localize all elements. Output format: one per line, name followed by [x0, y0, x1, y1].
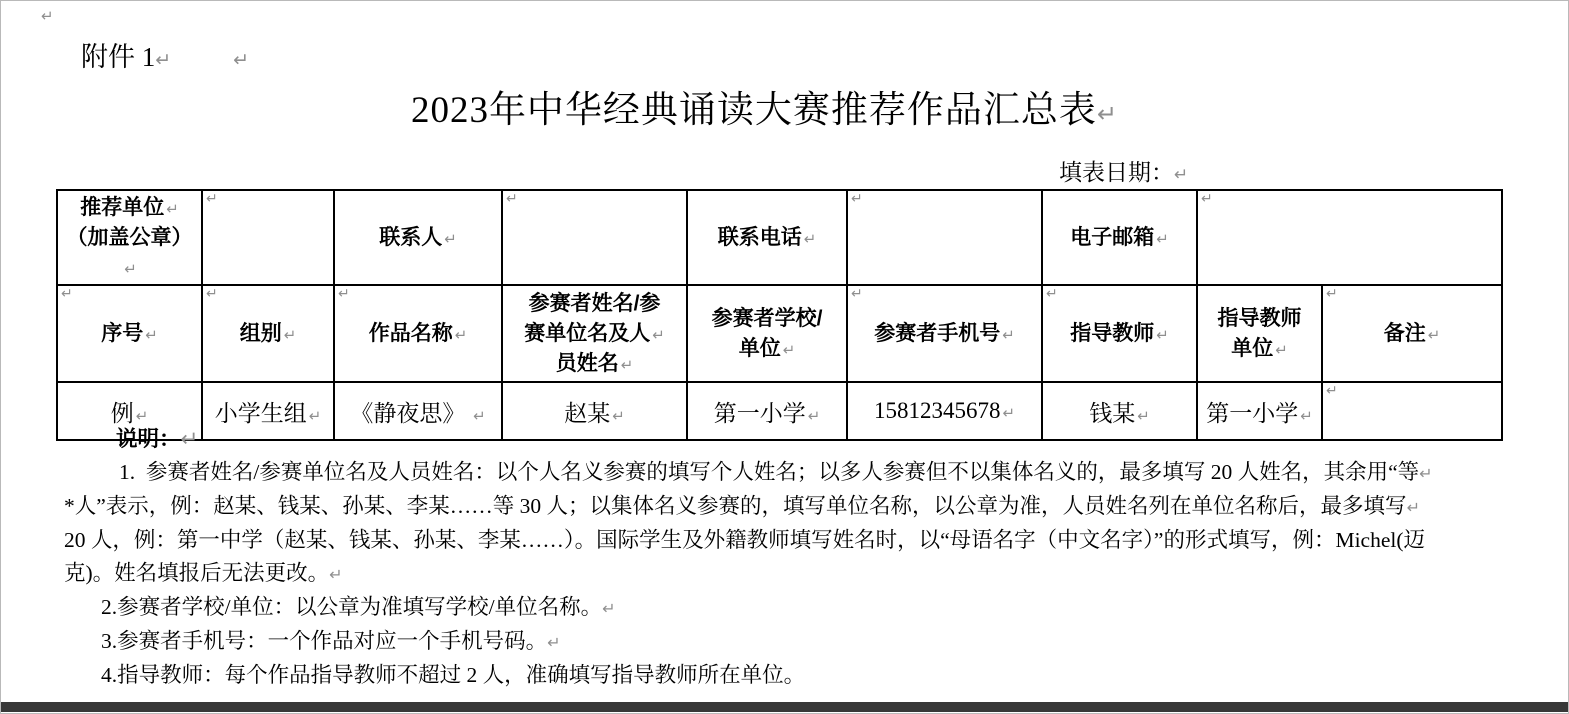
recommending-unit-label: 推荐单位↵（加盖公章）↵: [57, 190, 202, 285]
paragraph-mark-icon: ↵: [41, 7, 54, 25]
notes-lines: 1. 参赛者姓名/参赛单位名及人员姓名：以个人名义参赛的填写个人姓名；以多人参赛…: [64, 456, 1556, 692]
paragraph-mark-icon: ↵: [145, 326, 158, 344]
attachment-heading: 附件 1↵↵: [81, 35, 249, 74]
col-header-participant-phone: ↵参赛者手机号↵: [847, 285, 1042, 382]
paragraph-mark-icon: ↵: [621, 356, 634, 374]
paragraph-mark-icon: ↵: [61, 287, 73, 301]
email-label: 电子邮箱↵: [1042, 190, 1197, 285]
paragraph-mark-icon: ↵: [329, 565, 342, 584]
cell-text-line: 指导教师↵: [1046, 319, 1193, 349]
paragraph-mark-icon: ↵: [284, 326, 297, 344]
page-title: 2023年中华经典诵读大赛推荐作品汇总表: [411, 90, 1097, 131]
paragraph-mark-icon: ↵: [506, 192, 518, 206]
attachment-label: 附件 1: [81, 42, 155, 72]
paragraph-mark-icon: ↵: [783, 341, 796, 359]
paragraph-mark-icon: ↵: [1046, 287, 1058, 301]
paragraph-mark-icon: ↵: [547, 633, 560, 652]
cell-text-line: 联系人↵: [338, 223, 498, 253]
col-header-remarks: ↵备注↵: [1322, 285, 1502, 382]
cell-text-line: 单位↵: [1201, 334, 1318, 364]
paragraph-mark-icon: ↵: [1326, 384, 1338, 398]
notes-heading: 说明：↵: [64, 423, 1556, 456]
paragraph-mark-icon: ↵: [455, 326, 468, 344]
contact-person-label: 联系人↵: [334, 190, 502, 285]
paragraph-mark-icon: ↵: [444, 230, 457, 248]
paragraph-mark-icon: ↵: [206, 287, 218, 301]
cell-text-line: 单位↵: [691, 334, 843, 364]
fill-date-label: 填表日期：: [1059, 160, 1174, 185]
paragraph-mark-icon: ↵: [804, 230, 817, 248]
cell-text-line: 参赛者姓名/参: [506, 289, 683, 319]
paragraph-mark-icon: ↵: [181, 427, 199, 452]
col-header-group: ↵组别↵: [202, 285, 334, 382]
paragraph-mark-icon: ↵: [1326, 287, 1338, 301]
summary-table: 推荐单位↵（加盖公章）↵↵联系人↵↵联系电话↵↵电子邮箱↵↵↵序号↵↵组别↵↵作…: [56, 189, 1503, 441]
recommending-unit-value[interactable]: ↵: [202, 190, 334, 285]
paragraph-mark-icon: ↵: [1156, 230, 1169, 248]
note-line: 4.指导教师：每个作品指导教师不超过 2 人，准确填写指导教师所在单位。: [64, 659, 1556, 692]
email-value[interactable]: ↵: [1197, 190, 1502, 285]
paragraph-mark-icon: ↵: [1275, 341, 1288, 359]
column-header-row: ↵序号↵↵组别↵↵作品名称↵参赛者姓名/参赛单位名及人↵员姓名↵参赛者学校/单位…: [57, 285, 1502, 382]
note-line: *人”表示，例：赵某、钱某、孙某、李某……等 30 人；以集体名义参赛的，填写单…: [64, 490, 1556, 524]
cell-text-line: （加盖公章）↵: [61, 223, 198, 283]
paragraph-mark-icon: ↵: [851, 192, 863, 206]
cell-text-line: 组别↵: [206, 319, 330, 349]
col-header-instructor: ↵指导教师↵: [1042, 285, 1197, 382]
paragraph-mark-icon: ↵: [1002, 404, 1015, 422]
paragraph-mark-icon: ↵: [1002, 326, 1015, 344]
cell-text-line: 备注↵: [1326, 319, 1498, 349]
contact-person-value[interactable]: ↵: [502, 190, 687, 285]
paragraph-mark-icon: ↵: [1428, 326, 1441, 344]
paragraph-mark-icon: ↵: [338, 287, 350, 301]
note-line: 3.参赛者手机号：一个作品对应一个手机号码。↵: [64, 625, 1556, 659]
cell-text-line: 序号↵: [61, 319, 198, 349]
contact-phone-label: 联系电话↵: [687, 190, 847, 285]
paragraph-mark-icon: ↵: [124, 260, 137, 278]
cell-text-line: 15812345678↵: [851, 398, 1038, 424]
col-header-participant-school: 参赛者学校/单位↵: [687, 285, 847, 382]
col-header-work-title: ↵作品名称↵: [334, 285, 502, 382]
document-page: ↵ 附件 1↵↵ 2023年中华经典诵读大赛推荐作品汇总表↵ 填表日期：↵ 推荐…: [0, 0, 1569, 714]
cell-text-line: 联系电话↵: [691, 223, 843, 253]
note-line: 克)。姓名填报后无法更改。↵: [64, 557, 1556, 591]
paragraph-mark-icon: ↵: [602, 599, 615, 618]
paragraph-mark-icon: ↵: [206, 192, 218, 206]
page-edge-bar: [1, 702, 1568, 712]
paragraph-mark-icon: ↵: [851, 287, 863, 301]
cell-text-line: 赛单位名及人↵: [506, 319, 683, 349]
paragraph-mark-icon: ↵: [1419, 464, 1432, 483]
paragraph-mark-icon: ↵: [166, 200, 179, 218]
fill-date-line: 填表日期：↵: [1059, 154, 1188, 187]
cell-text-line: 员姓名↵: [506, 349, 683, 379]
paragraph-mark-icon: ↵: [155, 49, 171, 71]
paragraph-mark-icon: ↵: [1174, 165, 1188, 185]
paragraph-mark-icon: ↵: [1407, 498, 1420, 517]
note-line: 2.参赛者学校/单位：以公章为准填写学校/单位名称。↵: [64, 591, 1556, 625]
cell-text-line: 推荐单位↵: [61, 193, 198, 223]
note-line: 20 人，例：第一中学（赵某、钱某、孙某、李某……）。国际学生及外籍教师填写姓名…: [64, 524, 1556, 557]
col-header-serial: ↵序号↵: [57, 285, 202, 382]
paragraph-mark-icon: ↵: [652, 326, 665, 344]
cell-text-line: 指导教师: [1201, 304, 1318, 334]
cell-text-line: 参赛者学校/: [691, 304, 843, 334]
paragraph-mark-icon: ↵: [1156, 326, 1169, 344]
cell-text-line: 电子邮箱↵: [1046, 223, 1193, 253]
contact-header-row: 推荐单位↵（加盖公章）↵↵联系人↵↵联系电话↵↵电子邮箱↵↵: [57, 190, 1502, 285]
paragraph-mark-icon: ↵: [1097, 100, 1118, 128]
paragraph-mark-icon: ↵: [233, 49, 249, 71]
col-header-participant-names: 参赛者姓名/参赛单位名及人↵员姓名↵: [502, 285, 687, 382]
note-line: 1. 参赛者姓名/参赛单位名及人员姓名：以个人名义参赛的填写个人姓名；以多人参赛…: [64, 456, 1556, 490]
contact-phone-value[interactable]: ↵: [847, 190, 1042, 285]
summary-table-body: 推荐单位↵（加盖公章）↵↵联系人↵↵联系电话↵↵电子邮箱↵↵↵序号↵↵组别↵↵作…: [57, 190, 1502, 440]
cell-text-line: 作品名称↵: [338, 319, 498, 349]
paragraph-mark-icon: ↵: [1201, 192, 1213, 206]
col-header-instructor-unit: 指导教师单位↵: [1197, 285, 1322, 382]
document-title-line: 2023年中华经典诵读大赛推荐作品汇总表↵: [1, 79, 1528, 133]
cell-text-line: 参赛者手机号↵: [851, 319, 1038, 349]
notes-section: 说明：↵ 1. 参赛者姓名/参赛单位名及人员姓名：以个人名义参赛的填写个人姓名；…: [64, 423, 1556, 692]
